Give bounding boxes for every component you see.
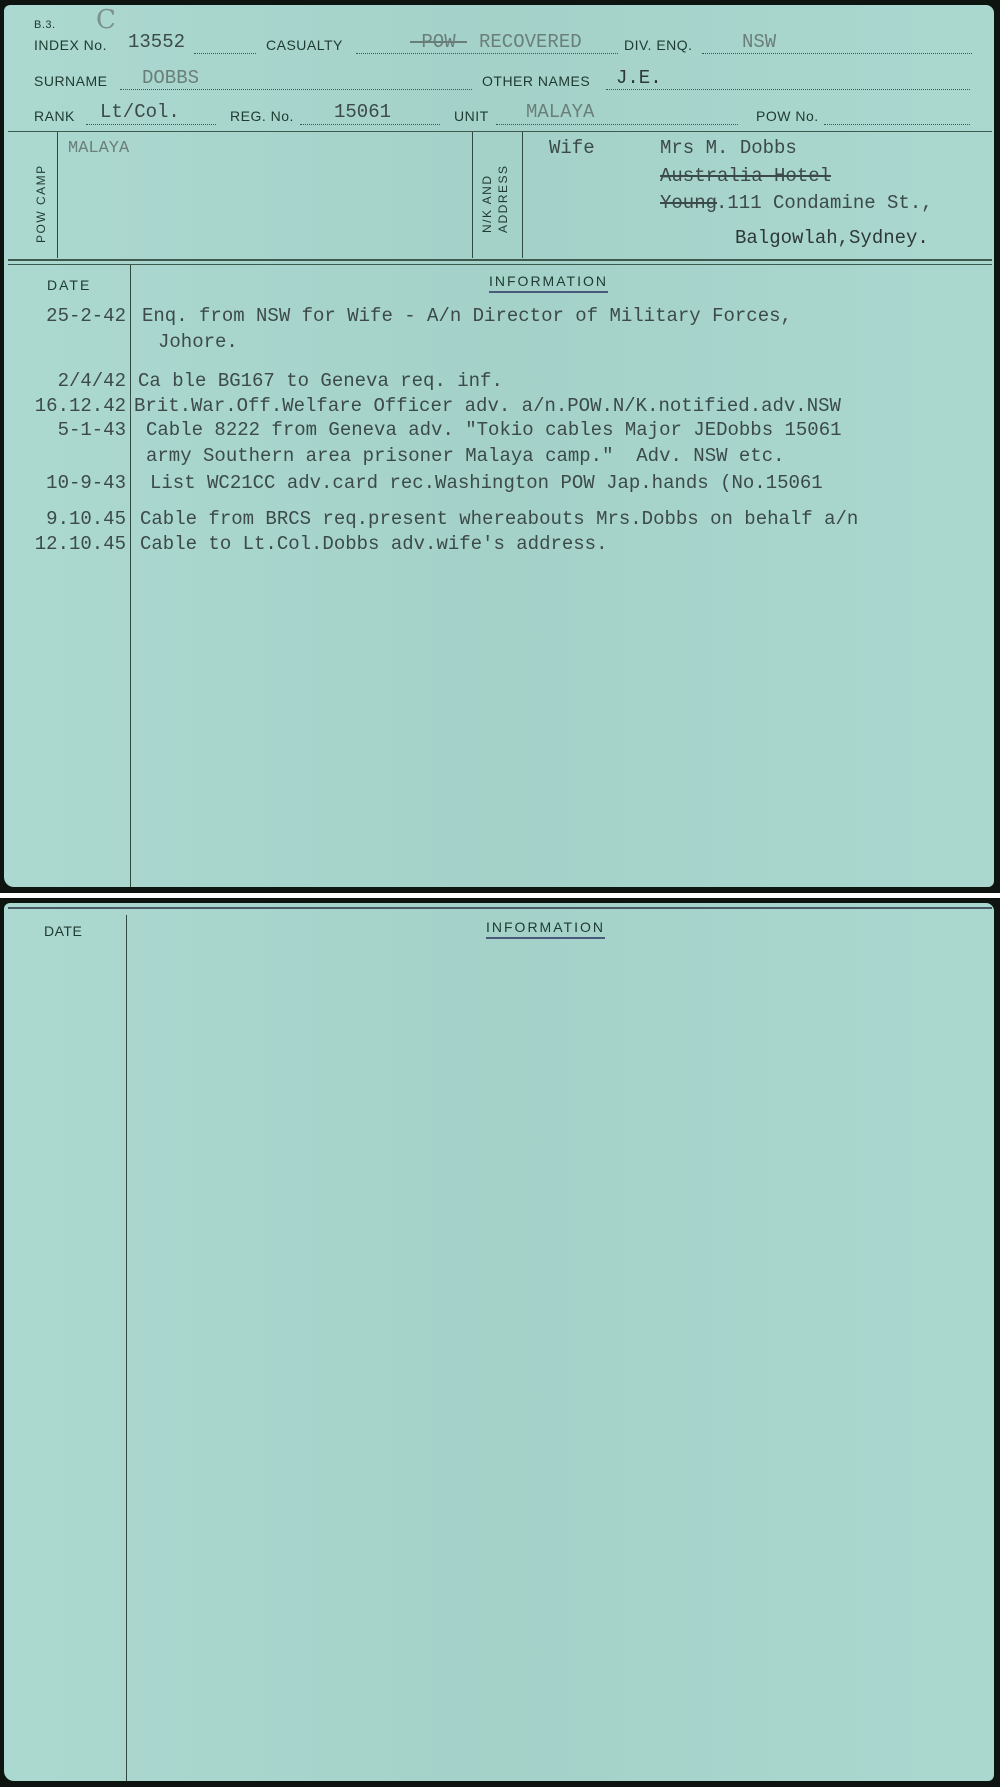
unit-line — [496, 124, 738, 125]
entry-text: Ca ble BG167 to Geneva req. inf. — [138, 370, 503, 392]
casualty-value: RECOVERED — [479, 31, 582, 53]
unit-value: MALAYA — [526, 101, 594, 123]
pencil-mark: C — [96, 5, 116, 35]
date-column-divider — [126, 915, 127, 1781]
entry-text: List WC21CC adv.card rec.Washington POW … — [150, 472, 823, 494]
entry-date: 9.10.45 — [4, 508, 126, 530]
nk-struck-address-1: Australia Hotel — [660, 165, 831, 187]
date-column-divider — [130, 265, 131, 887]
nk-divider-left — [472, 132, 473, 258]
other-names-line — [606, 89, 970, 90]
surname-line — [120, 89, 472, 90]
surname-value: DOBBS — [142, 67, 199, 89]
nk-label-line2: ADDRESS — [496, 164, 510, 233]
pow-camp-value: MALAYA — [68, 139, 129, 158]
nk-relation: Wife — [549, 137, 595, 159]
pow-no-line — [824, 124, 970, 125]
pow-no-label: POW No. — [756, 108, 819, 124]
rank-label: RANK — [34, 108, 75, 124]
index-no-value: 13552 — [128, 31, 185, 53]
record-card-back: DATE INFORMATION — [0, 898, 1000, 1787]
nk-address-line2: Balgowlah,Sydney. — [735, 227, 929, 249]
form-code: B.3. — [34, 19, 56, 31]
entry-date: 10-9-43 — [4, 472, 126, 494]
casualty-struck-value: -POW- — [410, 31, 467, 53]
rank-line — [86, 124, 216, 125]
record-card-front: B.3. C INDEX No. 13552 CASUALTY -POW- RE… — [0, 0, 1000, 893]
entry-text: Cable from BRCS req.present whereabouts … — [140, 508, 858, 530]
entry-text: Cable to Lt.Col.Dobbs adv.wife's address… — [140, 533, 607, 555]
entry-date: 2/4/42 — [4, 370, 126, 392]
div-enq-line — [702, 53, 972, 54]
index-no-label: INDEX No. — [34, 37, 107, 53]
reg-no-line — [300, 124, 440, 125]
reg-no-label: REG. No. — [230, 108, 294, 124]
nk-label-line1: N/K AND — [480, 174, 494, 233]
card-paper: B.3. C INDEX No. 13552 CASUALTY -POW- RE… — [4, 5, 994, 887]
information-header: INFORMATION — [486, 919, 605, 939]
pow-camp-divider — [57, 132, 58, 258]
nk-address-line1: .111 Condamine St., — [716, 192, 933, 214]
entry-text: Enq. from NSW for Wife - A/n Director of… — [142, 305, 792, 327]
date-header: DATE — [44, 923, 82, 939]
div-enq-value: NSW — [742, 31, 776, 53]
entry-text: Johore. — [158, 331, 238, 353]
entry-date: 5-1-43 — [4, 419, 126, 441]
information-header: INFORMATION — [489, 273, 608, 293]
section-divider-top — [8, 131, 992, 132]
casualty-line — [356, 53, 618, 54]
pow-camp-label: POW CAMP — [34, 164, 48, 243]
top-border-line — [8, 907, 992, 909]
entry-text: army Southern area prisoner Malaya camp.… — [146, 445, 785, 467]
section-divider-double-2 — [8, 264, 992, 265]
nk-struck-address-2: Young — [660, 192, 717, 214]
section-divider-double-1 — [8, 259, 992, 261]
entry-date: 12.10.45 — [4, 533, 126, 555]
index-no-line — [194, 53, 256, 54]
unit-label: UNIT — [454, 108, 489, 124]
entry-text: Cable 8222 from Geneva adv. "Tokio cable… — [146, 419, 842, 441]
nk-divider-right — [522, 132, 523, 258]
rank-value: Lt/Col. — [100, 101, 180, 123]
entry-date: 25-2-42 — [4, 305, 126, 327]
div-enq-label: DIV. ENQ. — [624, 37, 693, 53]
other-names-value: J.E. — [616, 67, 662, 89]
other-names-label: OTHER NAMES — [482, 73, 590, 89]
nk-name: Mrs M. Dobbs — [660, 137, 797, 159]
entry-text: Brit.War.Off.Welfare Officer adv. a/n.PO… — [134, 395, 841, 417]
card-paper: DATE INFORMATION — [4, 903, 994, 1781]
reg-no-value: 15061 — [334, 101, 391, 123]
casualty-label: CASUALTY — [266, 37, 343, 53]
surname-label: SURNAME — [34, 73, 108, 89]
date-header: DATE — [47, 277, 91, 293]
entry-date: 16.12.42 — [4, 395, 126, 417]
